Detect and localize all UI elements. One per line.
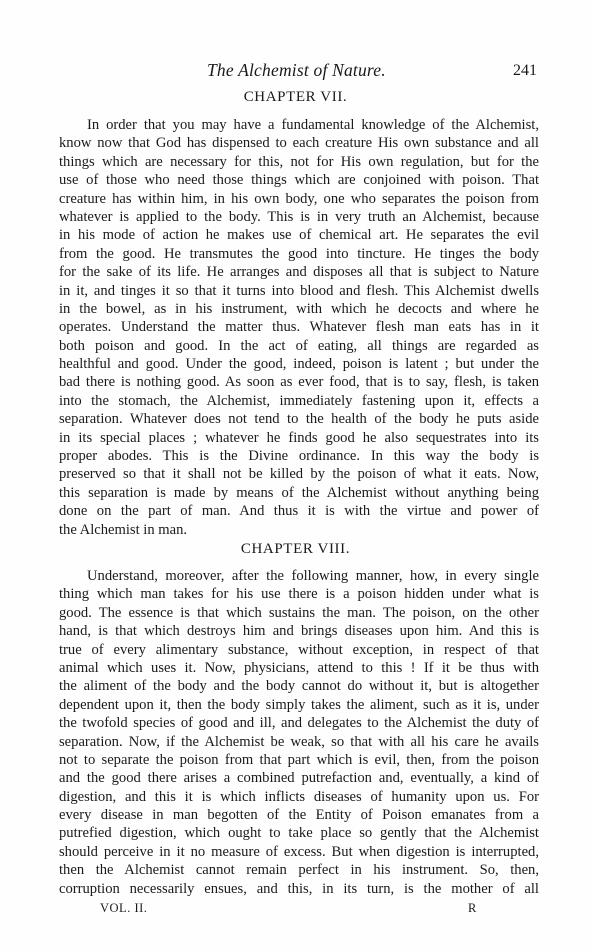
- text-line: into the stomach, the Alchemist, immedia…: [59, 392, 539, 410]
- page-footer: VOL. II. R: [0, 901, 591, 919]
- text-line: this separation is made by means of the …: [59, 484, 539, 502]
- text-line: for the sake of its life. He arranges an…: [59, 263, 539, 281]
- text-line: hand, is that which destroys him and bri…: [59, 622, 539, 640]
- text-line: in the bowel, as in his instrument, with…: [59, 300, 539, 318]
- text-line: separation. Whatever does not tend to th…: [59, 410, 539, 428]
- chapter-heading-viii: CHAPTER VIII.: [0, 541, 591, 558]
- text-line: preserved so that it shall not be killed…: [59, 465, 539, 483]
- text-line: done on the part of man. And thus it is …: [59, 502, 539, 520]
- text-line: animal which uses it. Now, physicians, a…: [59, 659, 539, 677]
- chapter-vii-paragraph: In order that you may have a fundamental…: [59, 116, 539, 539]
- volume-label: VOL. II.: [100, 901, 147, 916]
- text-line: should perceive in it no measure of exce…: [59, 843, 539, 861]
- text-line: proper abodes. This is the Divine ordina…: [59, 447, 539, 465]
- text-line: and the good there arises a combined put…: [59, 769, 539, 787]
- text-line: creature has within him, in his own body…: [59, 190, 539, 208]
- text-line: the twofold species of good and ill, and…: [59, 714, 539, 732]
- text-line: digestion, and this it is which inflicts…: [59, 788, 539, 806]
- text-line: in it, and tinges it so that it turns in…: [59, 282, 539, 300]
- running-head: The Alchemist of Nature. 241: [0, 60, 591, 82]
- text-line: corruption necessarily ensues, and this,…: [59, 880, 539, 898]
- text-line: both poison and good. In the act of eati…: [59, 337, 539, 355]
- text-line: bad there is nothing good. As soon as ev…: [59, 373, 539, 391]
- book-page: The Alchemist of Nature. 241 CHAPTER VII…: [0, 0, 591, 950]
- text-line: separation. Now, if the Alchemist be wea…: [59, 733, 539, 751]
- text-line: the aliment of the body and the body can…: [59, 677, 539, 695]
- chapter-viii-paragraph: Understand, moreover, after the followin…: [59, 567, 539, 898]
- text-line: In order that you may have a fundamental…: [59, 116, 539, 134]
- text-line: not to separate the poison from that par…: [59, 751, 539, 769]
- page-number: 241: [513, 62, 537, 80]
- text-line: in his mode of action he makes use of ch…: [59, 226, 539, 244]
- text-line: thing which man takes for his use there …: [59, 585, 539, 603]
- text-line: healthful and good. Under the good, inde…: [59, 355, 539, 373]
- text-line: from the good. He transmutes the good in…: [59, 245, 539, 263]
- text-line: then the Alchemist cannot remain perfect…: [59, 861, 539, 879]
- text-line: true of every alimentary substance, with…: [59, 641, 539, 659]
- signature-mark: R: [468, 901, 476, 916]
- text-line: putrefied digestion, which ought to take…: [59, 824, 539, 842]
- text-line: Understand, moreover, after the followin…: [59, 567, 539, 585]
- text-line: good. The essence is that which sustains…: [59, 604, 539, 622]
- text-line: whatever is applied to the body. This is…: [59, 208, 539, 226]
- text-line: operates. Understand the matter thus. Wh…: [59, 318, 539, 336]
- text-line: things which are necessary for this, not…: [59, 153, 539, 171]
- text-line: use of those who need those things which…: [59, 171, 539, 189]
- chapter-heading-vii: CHAPTER VII.: [0, 89, 591, 106]
- text-line: the Alchemist in man.: [59, 521, 539, 539]
- text-line: dependent upon it, then the body simply …: [59, 696, 539, 714]
- running-title: The Alchemist of Nature.: [207, 60, 386, 81]
- text-line: every disease in man begotten of the Ent…: [59, 806, 539, 824]
- text-line: know now that God has dispensed to each …: [59, 134, 539, 152]
- text-line: in its special places ; whatever he find…: [59, 429, 539, 447]
